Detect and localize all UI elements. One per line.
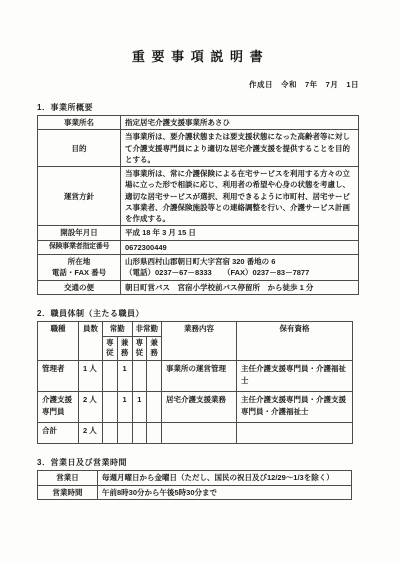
headcount-header: 員数 <box>79 322 103 361</box>
table-row: 事業所名 指定居宅介護支援事業所あさひ <box>38 116 359 130</box>
address-label: 所在地 <box>42 256 116 268</box>
business-days-value: 毎週月曜日から金曜日（ただし、国民の祝日及び12/29～1/3を除く） <box>98 471 352 485</box>
staff-count: 2 人 <box>79 392 103 423</box>
table-row: 交通の便 朝日町営バス 宮宿小学校前バス停留所 から徒歩 1 分 <box>38 281 359 295</box>
provider-number-value: 0672300449 <box>121 240 359 254</box>
policy-value: 当事業所は、常に介護保険による在宅サービスを利用する方々の立場に立った形で相談に… <box>121 167 359 226</box>
pt-dedicated-value <box>132 361 147 392</box>
staff-count: 2 人 <box>79 423 103 444</box>
purpose-value: 当事業所は、要介護状態または要支援状態になった高齢者等に対して介護支援専門員によ… <box>121 130 359 167</box>
staff-count: 1 人 <box>79 361 103 392</box>
pt-concurrent-value <box>147 392 162 423</box>
business-hours-value: 午前8時30分から午後5時30分まで <box>98 485 352 499</box>
ft-dedicated-header: 専 従 <box>103 336 118 361</box>
ft-dedicated-value <box>103 392 118 423</box>
table-row: 所在地 電話・FAX 番号 山形県西村山郡朝日町大字宮宿 320 番地の 6 （… <box>38 254 359 280</box>
pt-concurrent-value <box>147 423 162 444</box>
staff-type: 管理者 <box>38 361 79 392</box>
ft-dedicated-value <box>103 361 118 392</box>
creation-date: 作成日 令和 7年 7月 1日 <box>37 79 359 90</box>
duties-header: 業務内容 <box>162 322 237 361</box>
section1-heading: 1．事業所概要 <box>37 102 359 113</box>
ft-concurrent-value <box>117 423 132 444</box>
business-hours-table: 営業日 毎週月曜日から金曜日（ただし、国民の祝日及び12/29～1/3を除く） … <box>37 470 352 500</box>
document-page: 重 要 事 項 説 明 書 作成日 令和 7年 7月 1日 1．事業所概要 事業… <box>0 0 399 500</box>
office-overview-table: 事業所名 指定居宅介護支援事業所あさひ 目的 当事業所は、要介護状態または要支援… <box>37 115 359 295</box>
ft-concurrent-value: 1 <box>117 392 132 423</box>
table-row: 目的 当事業所は、要介護状態または要支援状態になった高齢者等に対して介護支援専門… <box>38 130 359 167</box>
parttime-header: 非常勤 <box>132 322 162 336</box>
opening-date-value: 平成 18 年 3 月 15 日 <box>121 226 359 240</box>
business-days-label: 営業日 <box>38 471 98 485</box>
pt-dedicated-value: 1 <box>132 392 147 423</box>
table-row: 営業時間 午前8時30分から午後5時30分まで <box>38 485 352 499</box>
opening-date-label: 開設年月日 <box>38 226 121 240</box>
address-value: 山形県西村山郡朝日町大字宮宿 320 番地の 6 <box>125 256 354 268</box>
table-row: 開設年月日 平成 18 年 3 月 15 日 <box>38 226 359 240</box>
address-phone-value: 山形県西村山郡朝日町大字宮宿 320 番地の 6 （電話）0237－67－833… <box>121 254 359 280</box>
office-name-label: 事業所名 <box>38 116 121 130</box>
staff-qualifications: 主任介護支援専門員・介護福祉士 <box>237 361 353 392</box>
pt-concurrent-header: 兼 務 <box>147 336 162 361</box>
table-row: 管理者 1 人 1 事業所の運営管理 主任介護支援専門員・介護福祉士 <box>38 361 353 392</box>
address-phone-label: 所在地 電話・FAX 番号 <box>38 254 121 280</box>
policy-label: 運営方針 <box>38 167 121 226</box>
document-title: 重 要 事 項 説 明 書 <box>37 46 359 65</box>
phone-fax-label: 電話・FAX 番号 <box>42 267 116 279</box>
provider-number-label: 保険事業者指定番号 <box>38 240 121 254</box>
table-row: 運営方針 当事業所は、常に介護保険による在宅サービスを利用する方々の立場に立った… <box>38 167 359 226</box>
pt-concurrent-value <box>147 361 162 392</box>
table-row: 介護支援専門員 2 人 1 1 居宅介護支援業務 主任介護支援専門員・介護支援専… <box>38 392 353 423</box>
table-row: 保険事業者指定番号 0672300449 <box>38 240 359 254</box>
staff-qualifications: 主任介護支援専門員・介護支援専門員・介護福祉士 <box>237 392 353 423</box>
staff-duties: 事業所の運営管理 <box>162 361 237 392</box>
business-hours-label: 営業時間 <box>38 485 98 499</box>
office-name-value: 指定居宅介護支援事業所あさひ <box>121 116 359 130</box>
staff-duties <box>162 423 237 444</box>
pt-dedicated-header: 専 従 <box>132 336 147 361</box>
qualifications-header: 保有資格 <box>237 322 353 361</box>
table-header-row: 職種 員数 常勤 非常勤 業務内容 保有資格 <box>38 322 353 336</box>
fulltime-header: 常勤 <box>103 322 133 336</box>
staff-structure-table: 職種 員数 常勤 非常勤 業務内容 保有資格 専 従 兼 務 専 従 兼 務 管… <box>37 321 353 444</box>
ft-concurrent-value: 1 <box>117 361 132 392</box>
pt-dedicated-value <box>132 423 147 444</box>
staff-qualifications <box>237 423 353 444</box>
section3-heading: 3．営業日及び営業時間 <box>37 457 359 468</box>
access-value: 朝日町営バス 宮宿小学校前バス停留所 から徒歩 1 分 <box>121 281 359 295</box>
section2-heading: 2．職員体制（主たる職員） <box>37 308 359 319</box>
table-row: 合計 2 人 <box>38 423 353 444</box>
ft-concurrent-header: 兼 務 <box>117 336 132 361</box>
access-label: 交通の便 <box>38 281 121 295</box>
phone-fax-value: （電話）0237－67－8333 （FAX）0237－83－7877 <box>125 267 354 279</box>
table-row: 営業日 毎週月曜日から金曜日（ただし、国民の祝日及び12/29～1/3を除く） <box>38 471 352 485</box>
job-type-header: 職種 <box>38 322 79 361</box>
staff-type: 介護支援専門員 <box>38 392 79 423</box>
staff-duties: 居宅介護支援業務 <box>162 392 237 423</box>
purpose-label: 目的 <box>38 130 121 167</box>
ft-dedicated-value <box>103 423 118 444</box>
staff-type: 合計 <box>38 423 79 444</box>
